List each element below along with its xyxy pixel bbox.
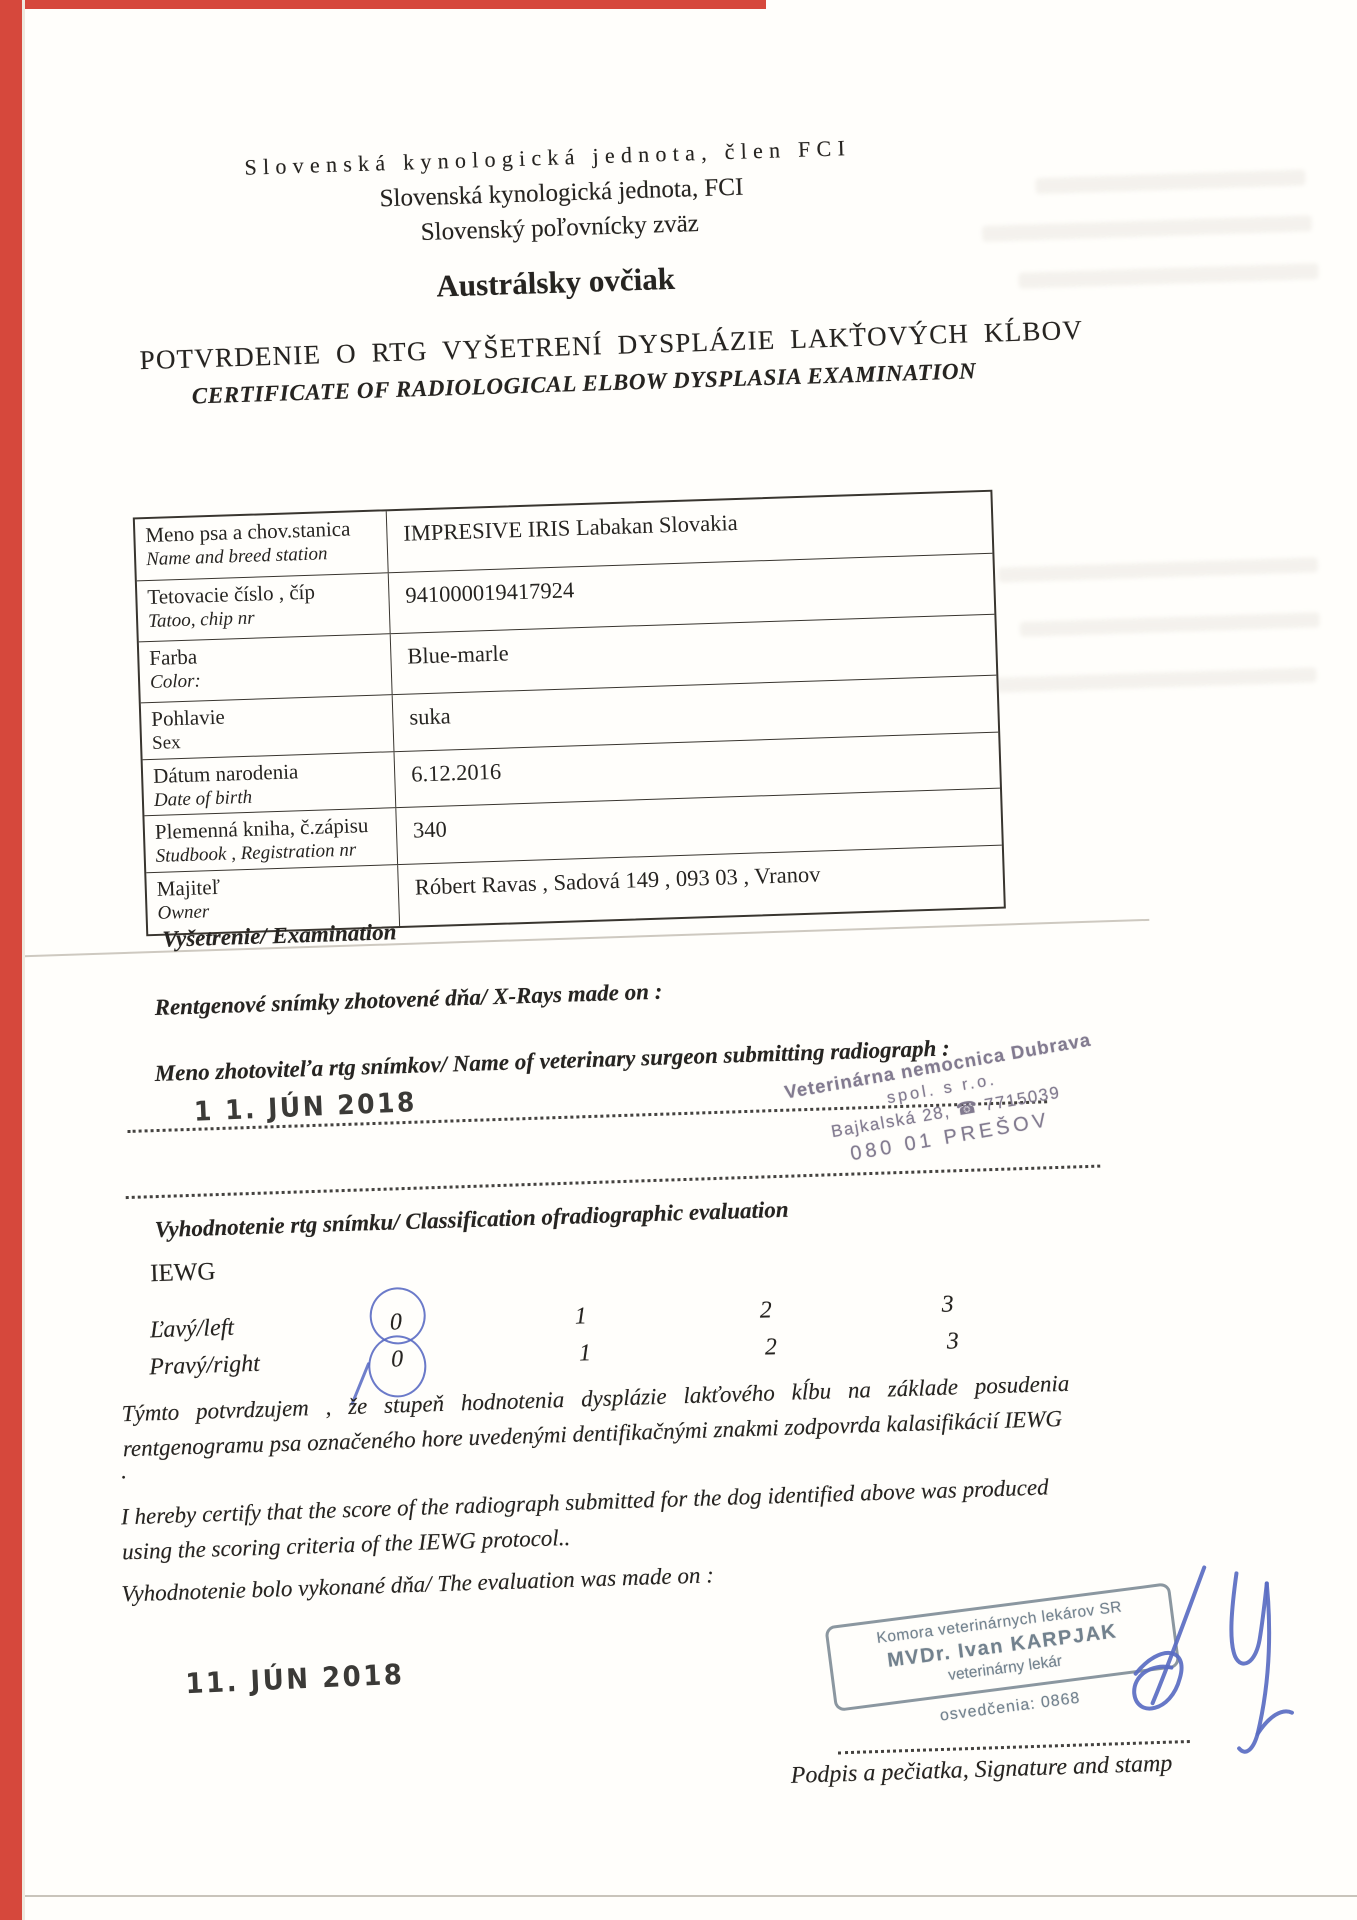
bleedthrough-smudge: [982, 215, 1312, 242]
org-line-3: Slovenský poľovnícky zväz: [420, 210, 699, 247]
org-line-1: Slovenská kynologická jednota, člen FCI: [244, 135, 851, 181]
score-left-option-3: 3: [941, 1291, 954, 1318]
scoring-scheme: IEWG: [150, 1258, 216, 1288]
bleedthrough-smudge: [998, 557, 1318, 582]
stray-period: .: [120, 1458, 127, 1484]
bleedthrough-smudge: [996, 667, 1316, 692]
scan-edge-bottom: [24, 1895, 1357, 1897]
xrays-made-on-label: Rentgenové snímky zhotovené dňa/ X-Rays …: [154, 979, 662, 1021]
score-left-option-2: 2: [759, 1297, 772, 1324]
breed-title: Austrálsky ovčiak: [436, 261, 676, 305]
document-scan: Slovenská kynologická jednota, člen FCI …: [0, 0, 1357, 1919]
bleedthrough-smudge: [1035, 169, 1305, 194]
evaluation-date-label: Vyhodnotenie bolo vykonané dňa/ The eval…: [121, 1562, 714, 1607]
signature-caption: Podpis a pečiatka, Signature and stamp: [790, 1751, 1172, 1790]
score-right-label: Pravý/right: [149, 1351, 260, 1382]
org-line-2: Slovenská kynologická jednota, FCI: [379, 174, 744, 214]
dog-identification-table: Meno psa a chov.stanicaName and breed st…: [133, 490, 1006, 937]
bleedthrough-smudge: [1020, 612, 1320, 637]
score-left-option-1: 1: [574, 1303, 587, 1330]
dotted-line: [126, 1165, 1101, 1199]
score-right-option-2: 2: [764, 1334, 777, 1361]
score-left-label: Ľavý/left: [150, 1315, 235, 1345]
certification-statement-en: I hereby certify that the score of the r…: [120, 1469, 1050, 1569]
scan-edge-top: [0, 0, 766, 9]
score-right-option-1: 1: [579, 1340, 592, 1367]
scan-edge-left: [0, 0, 22, 1920]
evaluation-date-stamp: 11. JÚN 2018: [185, 1659, 405, 1701]
bleedthrough-smudge: [1018, 263, 1318, 289]
scanned-certificate-page: { "header": { "line1": "Slovenská kynolo…: [0, 0, 1357, 1920]
score-right-option-3: 3: [946, 1328, 959, 1355]
paper-edge-line: [22, 0, 25, 1920]
signature: [1118, 1546, 1325, 1767]
certification-statement-sk: Týmto potvrdzujem , že stupeň hodnotenia…: [121, 1366, 1071, 1467]
classification-title: Vyhodnotenie rtg snímku/ Classification …: [154, 1197, 789, 1243]
